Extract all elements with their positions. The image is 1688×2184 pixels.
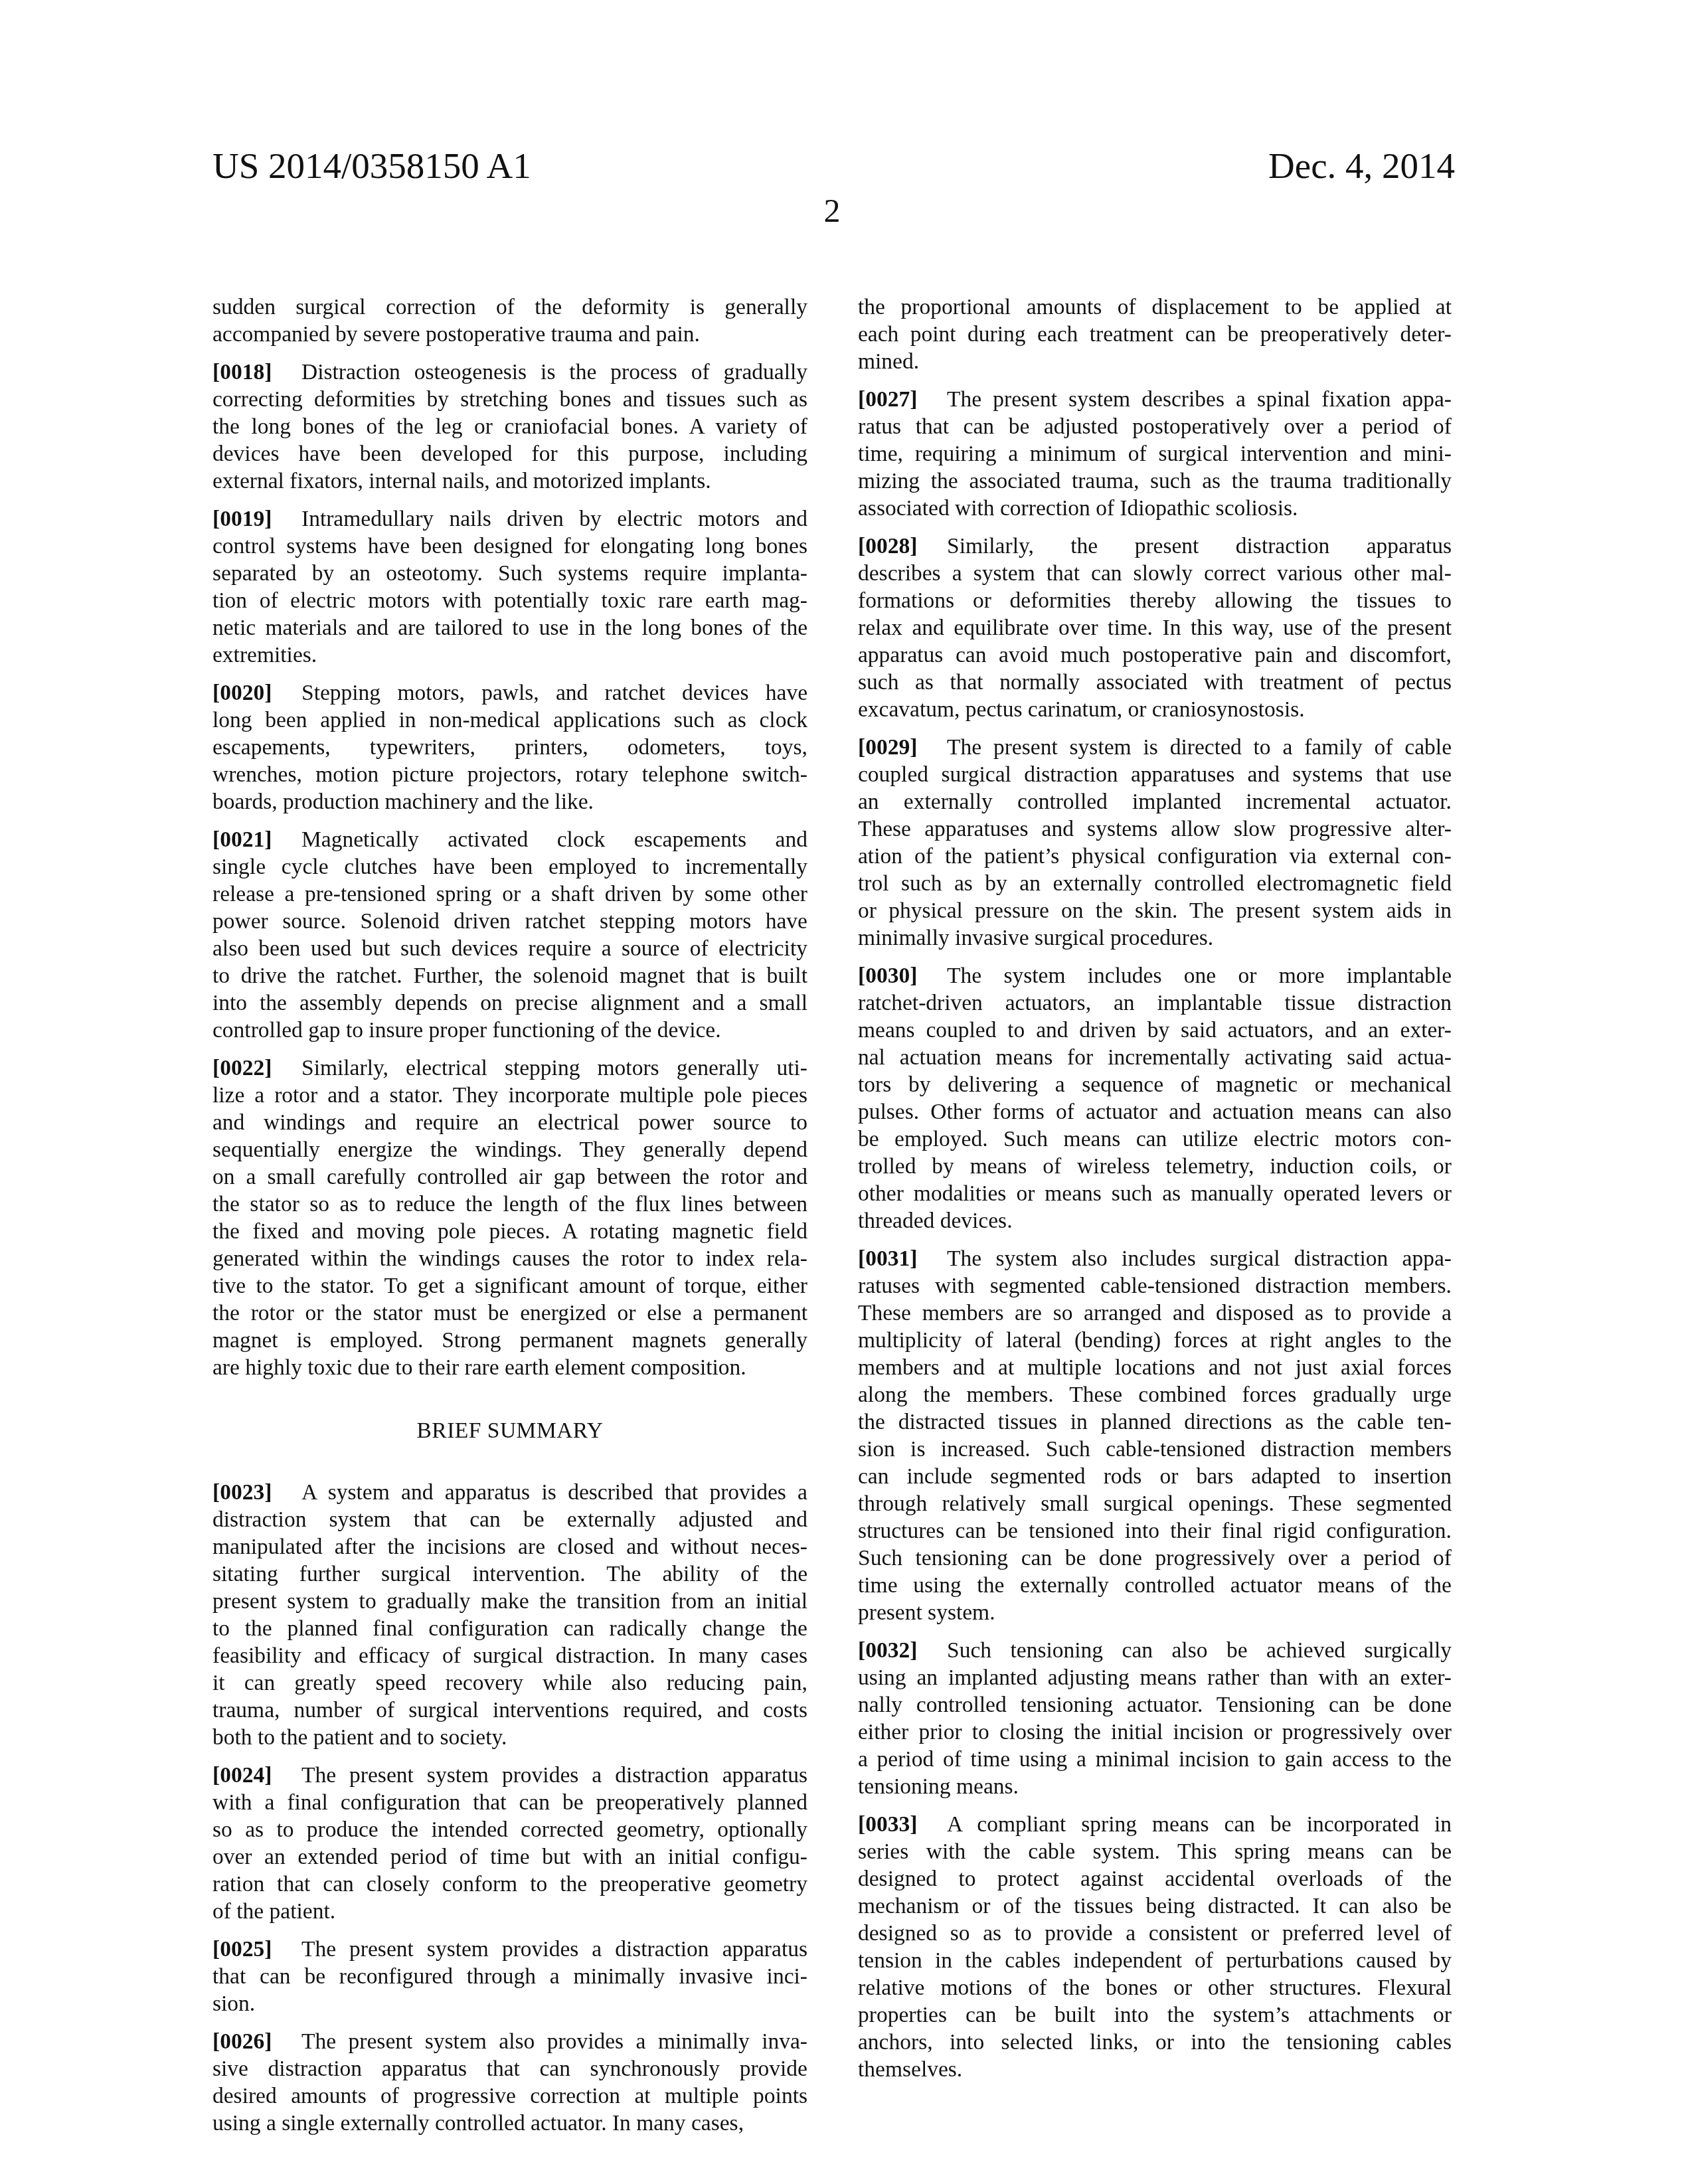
paragraph-text: The system includes one or more implanta… <box>947 962 1452 989</box>
paragraph-0024: [0024]The present system provides a dist… <box>212 1762 807 1925</box>
paragraph-number: [0030] <box>858 962 947 989</box>
text-line: using an implanted adjusting means rathe… <box>858 1664 1452 1691</box>
paragraph-0025: [0025]The present system provides a dist… <box>212 1936 807 2017</box>
text-line: sitating further surgical intervention. … <box>212 1560 807 1588</box>
paragraph-0031: [0031]The system also includes surgical … <box>858 1245 1452 1626</box>
text-line: ratchet-driven actuators, an implantable… <box>858 989 1452 1017</box>
paragraph-text: The present system also provides a minim… <box>301 2028 807 2055</box>
text-line: sive distraction apparatus that can sync… <box>212 2055 807 2082</box>
text-line: through relatively small surgical openin… <box>858 1490 1452 1517</box>
paragraph-text: Such tensioning can also be achieved sur… <box>947 1637 1452 1664</box>
paragraph-continuation: the proportional amounts of displacement… <box>858 294 1452 375</box>
text-line: devices have been developed for this pur… <box>212 440 807 467</box>
text-line: distraction system that can be externall… <box>212 1506 807 1533</box>
right-paragraphs: the proportional amounts of displacement… <box>858 294 1452 2083</box>
paragraph-text: The system also includes surgical distra… <box>947 1245 1452 1272</box>
paragraph-0019: [0019]Intramedullary nails driven by ele… <box>212 505 807 669</box>
paragraph-0023: [0023]A system and apparatus is describe… <box>212 1479 807 1751</box>
text-line: series with the cable system. This sprin… <box>858 1838 1452 1865</box>
text-line: with a final configuration that can be p… <box>212 1789 807 1816</box>
text-line: tion of electric motors with potentially… <box>212 587 807 614</box>
text-line: other modalities or means such as manual… <box>858 1180 1452 1207</box>
paragraph-number: [0031] <box>858 1245 947 1272</box>
paragraph-0020: [0020]Stepping motors, pawls, and ratche… <box>212 679 807 815</box>
text-line: minimally invasive surgical procedures. <box>858 924 1452 952</box>
text-line: long been applied in non-medical applica… <box>212 707 807 734</box>
text-line: present system to gradually make the tra… <box>212 1588 807 1615</box>
text-line: [0019]Intramedullary nails driven by ele… <box>212 505 807 533</box>
paragraph-number: [0020] <box>212 679 301 707</box>
paragraph-text: The present system provides a distractio… <box>301 1936 807 1963</box>
paragraph-0022: [0022]Similarly, electrical stepping mot… <box>212 1054 807 1381</box>
text-line: also been used but such devices require … <box>212 935 807 962</box>
paragraph-number: [0018] <box>212 359 301 386</box>
paragraph-number: [0023] <box>212 1479 301 1506</box>
text-line: either prior to closing the initial inci… <box>858 1719 1452 1746</box>
text-line: generated within the windings causes the… <box>212 1245 807 1272</box>
paragraph-number: [0022] <box>212 1054 301 1082</box>
text-line: structures can be tensioned into their f… <box>858 1517 1452 1545</box>
text-line: formations or deformities thereby allowi… <box>858 587 1452 614</box>
text-line: the stator so as to reduce the length of… <box>212 1191 807 1218</box>
text-line: sudden surgical correction of the deform… <box>212 294 807 321</box>
paragraph-0018: [0018]Distraction osteogenesis is the pr… <box>212 359 807 495</box>
text-line: [0023]A system and apparatus is describe… <box>212 1479 807 1506</box>
paragraph-text: The present system provides a distractio… <box>301 1762 807 1789</box>
text-line: relax and equilibrate over time. In this… <box>858 614 1452 641</box>
paragraph-text: Intramedullary nails driven by electric … <box>301 505 807 533</box>
text-line: of the patient. <box>212 1898 807 1925</box>
text-line: using a single externally controlled act… <box>212 2110 807 2137</box>
text-line: accompanied by severe postoperative trau… <box>212 321 807 348</box>
text-line: desired amounts of progressive correctio… <box>212 2082 807 2110</box>
left-column: sudden surgical correction of the deform… <box>212 294 807 2147</box>
text-line: lize a rotor and a stator. They incorpor… <box>212 1082 807 1109</box>
text-line: trolled by means of wireless telemetry, … <box>858 1153 1452 1180</box>
paragraph-0026: [0026]The present system also provides a… <box>212 2028 807 2137</box>
text-line: are highly toxic due to their rare earth… <box>212 1354 807 1381</box>
publication-number: US 2014/0358150 A1 <box>212 147 531 184</box>
paragraph-number: [0021] <box>212 826 301 853</box>
text-line: so as to produce the intended corrected … <box>212 1816 807 1843</box>
paragraph-0030: [0030]The system includes one or more im… <box>858 962 1452 1234</box>
right-column: the proportional amounts of displacement… <box>858 294 1452 2094</box>
text-line: separated by an osteotomy. Such systems … <box>212 560 807 587</box>
section-heading-brief-summary: BRIEF SUMMARY <box>212 1417 807 1444</box>
text-line: control systems have been designed for e… <box>212 533 807 560</box>
text-line: tors by delivering a sequence of magneti… <box>858 1071 1452 1098</box>
text-line: each point during each treatment can be … <box>858 321 1452 348</box>
text-line: designed to protect against accidental o… <box>858 1865 1452 1892</box>
paragraph-number: [0032] <box>858 1637 947 1664</box>
paragraph-text: A compliant spring means can be incorpor… <box>947 1811 1452 1838</box>
text-line: feasibility and efficacy of surgical dis… <box>212 1642 807 1669</box>
text-line: properties can be built into the system’… <box>858 2001 1452 2029</box>
paragraph-text: The present system is directed to a fami… <box>947 734 1452 761</box>
text-line: mechanism or of the tissues being distra… <box>858 1892 1452 1920</box>
text-line: the rotor or the stator must be energize… <box>212 1300 807 1327</box>
text-line: associated with correction of Idiopathic… <box>858 495 1452 522</box>
text-line: time, requiring a minimum of surgical in… <box>858 440 1452 467</box>
text-line: along the members. These combined forces… <box>858 1381 1452 1408</box>
text-line: nally controlled tensioning actuator. Te… <box>858 1691 1452 1719</box>
text-line: it can greatly speed recovery while also… <box>212 1669 807 1697</box>
text-line: relative motions of the bones or other s… <box>858 1974 1452 2001</box>
text-line: means coupled to and driven by said actu… <box>858 1017 1452 1044</box>
paragraph-text: Distraction osteogenesis is the process … <box>301 359 807 386</box>
text-line: anchors, into selected links, or into th… <box>858 2029 1452 2056</box>
text-line: threaded devices. <box>858 1207 1452 1234</box>
text-line: to the planned final configuration can r… <box>212 1615 807 1642</box>
text-line: excavatum, pectus carinatum, or craniosy… <box>858 696 1452 723</box>
text-line: wrenches, motion picture projectors, rot… <box>212 761 807 788</box>
paragraph-text: Similarly, the present distraction appar… <box>947 533 1452 560</box>
text-line: multiplicity of lateral (bending) forces… <box>858 1327 1452 1354</box>
text-line: an externally controlled implanted incre… <box>858 788 1452 815</box>
text-line: nal actuation means for incrementally ac… <box>858 1044 1452 1071</box>
paragraph-text: Stepping motors, pawls, and ratchet devi… <box>301 679 807 707</box>
text-line: or physical pressure on the skin. The pr… <box>858 897 1452 924</box>
text-line: ratus that can be adjusted postoperative… <box>858 413 1452 440</box>
text-line: [0027]The present system describes a spi… <box>858 386 1452 413</box>
paragraph-number: [0024] <box>212 1762 301 1789</box>
text-line: single cycle clutches have been employed… <box>212 853 807 881</box>
text-line: [0022]Similarly, electrical stepping mot… <box>212 1054 807 1082</box>
text-line: designed so as to provide a consistent o… <box>858 1920 1452 1947</box>
text-line: magnet is employed. Strong permanent mag… <box>212 1327 807 1354</box>
text-line: be employed. Such means can utilize elec… <box>858 1126 1452 1153</box>
paragraph-0029: [0029]The present system is directed to … <box>858 734 1452 952</box>
publication-date: Dec. 4, 2014 <box>1268 147 1452 184</box>
text-line: apparatus can avoid much postoperative p… <box>858 641 1452 669</box>
paragraph-number: [0019] <box>212 505 301 533</box>
text-line: extremities. <box>212 641 807 669</box>
text-line: themselves. <box>858 2056 1452 2083</box>
text-line: describes a system that can slowly corre… <box>858 560 1452 587</box>
text-line: sion is increased. Such cable-tensioned … <box>858 1436 1452 1463</box>
text-line: present system. <box>858 1599 1452 1626</box>
paragraph-continuation: sudden surgical correction of the deform… <box>212 294 807 348</box>
text-line: controlled gap to insure proper function… <box>212 1017 807 1044</box>
text-line: and windings and require an electrical p… <box>212 1109 807 1136</box>
text-line: ratuses with segmented cable-tensioned d… <box>858 1272 1452 1300</box>
text-line: the long bones of the leg or craniofacia… <box>212 413 807 440</box>
paragraph-number: [0027] <box>858 386 947 413</box>
text-line: [0032]Such tensioning can also be achiev… <box>858 1637 1452 1664</box>
text-line: netic materials and are tailored to use … <box>212 614 807 641</box>
text-line: [0029]The present system is directed to … <box>858 734 1452 761</box>
paragraph-text: A system and apparatus is described that… <box>301 1479 807 1506</box>
paragraph-number: [0025] <box>212 1936 301 1963</box>
left-paragraphs-after-heading: [0023]A system and apparatus is describe… <box>212 1479 807 2137</box>
text-line: trauma, number of surgical interventions… <box>212 1697 807 1724</box>
text-line: Such tensioning can be done progressivel… <box>858 1545 1452 1572</box>
paragraph-text: Similarly, electrical stepping motors ge… <box>301 1054 807 1082</box>
paragraph-0033: [0033]A compliant spring means can be in… <box>858 1811 1452 2083</box>
text-line: mined. <box>858 348 1452 375</box>
text-line: over an extended period of time but with… <box>212 1843 807 1871</box>
text-line: tension in the cables independent of per… <box>858 1947 1452 1974</box>
text-line: [0030]The system includes one or more im… <box>858 962 1452 989</box>
paragraph-0021: [0021]Magnetically activated clock escap… <box>212 826 807 1044</box>
text-line: sion. <box>212 1990 807 2017</box>
paragraph-number: [0026] <box>212 2028 301 2055</box>
left-paragraphs: sudden surgical correction of the deform… <box>212 294 807 1381</box>
text-line: escapements, typewriters, printers, odom… <box>212 734 807 761</box>
text-line: power source. Solenoid driven ratchet st… <box>212 908 807 935</box>
text-line: [0018]Distraction osteogenesis is the pr… <box>212 359 807 386</box>
paragraph-0032: [0032]Such tensioning can also be achiev… <box>858 1637 1452 1800</box>
text-line: such as that normally associated with tr… <box>858 669 1452 696</box>
text-line: manipulated after the incisions are clos… <box>212 1533 807 1560</box>
paragraph-number: [0028] <box>858 533 947 560</box>
paragraph-0027: [0027]The present system describes a spi… <box>858 386 1452 522</box>
text-line: can include segmented rods or bars adapt… <box>858 1463 1452 1490</box>
text-line: the proportional amounts of displacement… <box>858 294 1452 321</box>
text-line: [0026]The present system also provides a… <box>212 2028 807 2055</box>
text-line: the fixed and moving pole pieces. A rota… <box>212 1218 807 1245</box>
text-line: [0031]The system also includes surgical … <box>858 1245 1452 1272</box>
text-line: tive to the stator. To get a significant… <box>212 1272 807 1300</box>
page-number: 2 <box>797 194 867 227</box>
text-line: correcting deformities by stretching bon… <box>212 386 807 413</box>
text-line: boards, production machinery and the lik… <box>212 788 807 815</box>
text-line: [0028]Similarly, the present distraction… <box>858 533 1452 560</box>
text-line: that can be reconfigured through a minim… <box>212 1963 807 1990</box>
text-line: sequentially energize the windings. They… <box>212 1136 807 1163</box>
text-line: mizing the associated trauma, such as th… <box>858 467 1452 495</box>
text-line: to drive the ratchet. Further, the solen… <box>212 962 807 989</box>
text-line: the distracted tissues in planned direct… <box>858 1408 1452 1436</box>
text-line: ation of the patient’s physical configur… <box>858 843 1452 870</box>
text-line: pulses. Other forms of actuator and actu… <box>858 1098 1452 1126</box>
paragraph-text: Magnetically activated clock escapements… <box>301 826 807 853</box>
text-line: [0021]Magnetically activated clock escap… <box>212 826 807 853</box>
text-line: ration that can closely conform to the p… <box>212 1871 807 1898</box>
paragraph-0028: [0028]Similarly, the present distraction… <box>858 533 1452 723</box>
text-line: release a pre-tensioned spring or a shaf… <box>212 881 807 908</box>
paragraph-number: [0029] <box>858 734 947 761</box>
text-line: on a small carefully controlled air gap … <box>212 1163 807 1191</box>
text-line: time using the externally controlled act… <box>858 1572 1452 1599</box>
text-line: These members are so arranged and dispos… <box>858 1300 1452 1327</box>
text-line: members and at multiple locations and no… <box>858 1354 1452 1381</box>
paragraph-number: [0033] <box>858 1811 947 1838</box>
text-line: trol such as by an externally controlled… <box>858 870 1452 897</box>
text-line: both to the patient and to society. <box>212 1724 807 1751</box>
text-line: coupled surgical distraction apparatuses… <box>858 761 1452 788</box>
text-line: a period of time using a minimal incisio… <box>858 1746 1452 1773</box>
text-line: [0024]The present system provides a dist… <box>212 1762 807 1789</box>
text-line: into the assembly depends on precise ali… <box>212 989 807 1017</box>
text-line: [0033]A compliant spring means can be in… <box>858 1811 1452 1838</box>
paragraph-text: The present system describes a spinal fi… <box>947 386 1452 413</box>
text-line: [0025]The present system provides a dist… <box>212 1936 807 1963</box>
text-line: These apparatuses and systems allow slow… <box>858 815 1452 843</box>
text-line: [0020]Stepping motors, pawls, and ratche… <box>212 679 807 707</box>
text-line: tensioning means. <box>858 1773 1452 1800</box>
text-line: external fixators, internal nails, and m… <box>212 467 807 495</box>
